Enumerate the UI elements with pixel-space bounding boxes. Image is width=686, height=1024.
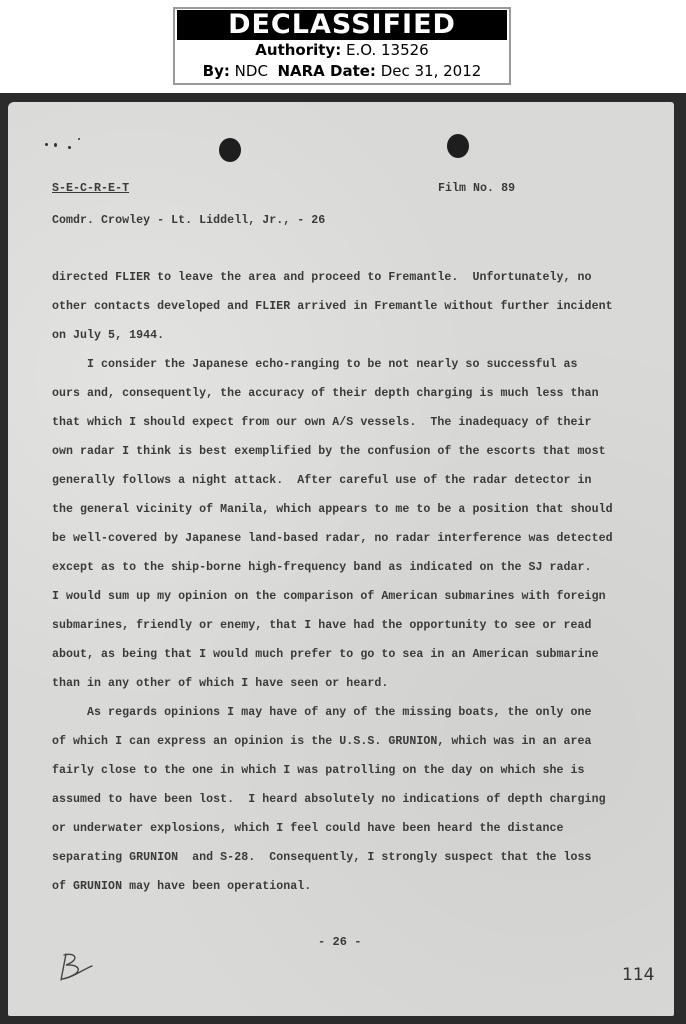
body-line: other contacts developed and FLIER arriv… (52, 300, 613, 313)
body-line: on July 5, 1944. (52, 329, 164, 342)
stamp-by-value: NDC (235, 62, 268, 80)
stamp-by-label: By: (203, 62, 230, 80)
body-line: of which I can express an opinion is the… (52, 735, 592, 748)
ink-speck (68, 146, 71, 149)
ink-speck (45, 143, 48, 146)
film-number: Film No. 89 (438, 182, 515, 195)
stamp-title: DECLASSIFIED (177, 10, 507, 40)
file-number: 114 (622, 965, 654, 985)
stamp-authority: Authority: E.O. 13526 (175, 40, 509, 61)
body-line: submarines, friendly or enemy, that I ha… (52, 619, 592, 632)
stamp-authority-label: Authority: (255, 41, 341, 59)
stamp-authority-value: E.O. 13526 (346, 41, 429, 59)
body-line: generally follows a night attack. After … (52, 474, 592, 487)
body-line: I would sum up my opinion on the compari… (52, 590, 606, 603)
body-line: the general vicinity of Manila, which ap… (52, 503, 613, 516)
stamp-by-date: By: NDC NARA Date: Dec 31, 2012 (175, 61, 509, 82)
body-line: except as to the ship-borne high-frequen… (52, 561, 592, 574)
body-line: assumed to have been lost. I heard absol… (52, 793, 606, 806)
handwritten-initials-icon (58, 950, 94, 984)
stamp-date-label: NARA Date: (277, 62, 375, 80)
body-line: be well-covered by Japanese land-based r… (52, 532, 613, 545)
declassified-stamp: DECLASSIFIED Authority: E.O. 13526 By: N… (173, 7, 511, 85)
body-line: that which I should expect from our own … (52, 416, 592, 429)
body-line: about, as being that I would much prefer… (52, 648, 599, 661)
document-page (8, 102, 674, 1016)
body-line: As regards opinions I may have of any of… (52, 706, 592, 719)
page-number: - 26 - (318, 935, 362, 949)
body-line: fairly close to the one in which I was p… (52, 764, 585, 777)
document-subheader: Comdr. Crowley - Lt. Liddell, Jr., - 26 (52, 214, 325, 227)
stamp-date-value: Dec 31, 2012 (381, 62, 482, 80)
body-line: own radar I think is best exemplified by… (52, 445, 606, 458)
classification-marking: S-E-C-R-E-T (52, 182, 129, 195)
body-line: ours and, consequently, the accuracy of … (52, 387, 599, 400)
punch-hole-left (219, 138, 241, 162)
ink-speck (54, 143, 57, 147)
body-line: or underwater explosions, which I feel c… (52, 822, 564, 835)
body-line: of GRUNION may have been operational. (52, 880, 311, 893)
body-line: I consider the Japanese echo-ranging to … (52, 358, 578, 371)
body-line: separating GRUNION and S-28. Consequentl… (52, 851, 592, 864)
body-line: directed FLIER to leave the area and pro… (52, 271, 592, 284)
body-line: than in any other of which I have seen o… (52, 677, 388, 690)
punch-hole-right (447, 134, 469, 158)
ink-speck (78, 138, 80, 140)
